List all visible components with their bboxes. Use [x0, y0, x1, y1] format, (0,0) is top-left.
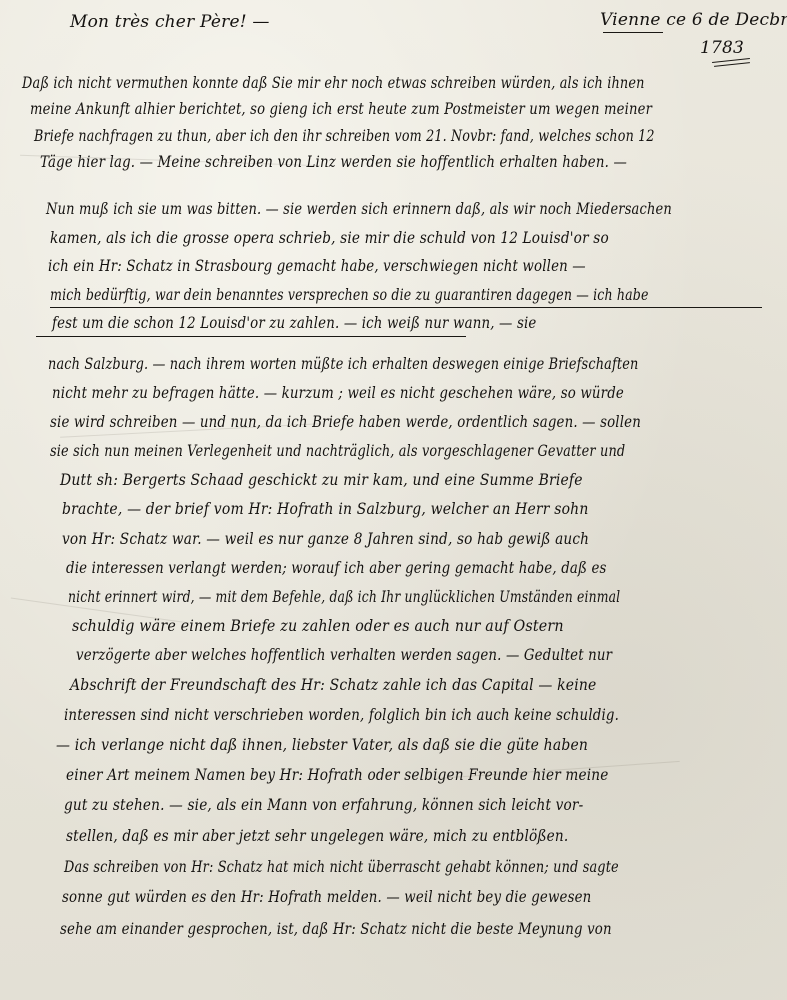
letter-line: Das schreiben von Hr: Schatz hat mich ni…: [64, 858, 619, 876]
date-underline: [603, 32, 663, 33]
letter-line: nach Salzburg. — nach ihrem worten müßte…: [48, 355, 638, 373]
letter-line: — ich verlange nicht daß ihnen, liebster…: [56, 736, 588, 754]
letter-line: kamen, als ich die grosse opera schrieb,…: [50, 229, 609, 247]
letter-line: die interessen verlangt werden; worauf i…: [66, 559, 607, 577]
manuscript-page: Mon très cher Père! — Vienne ce 6 de Dec…: [0, 0, 787, 1000]
text-underline: [50, 307, 762, 308]
letter-line: brachte, — der brief vom Hr: Hofrath in …: [62, 500, 589, 518]
letter-line: Dutt sh: Bergerts Schaad geschickt zu mi…: [60, 471, 583, 489]
letter-line: ich ein Hr: Schatz in Strasbourg gemacht…: [48, 257, 586, 275]
letter-line: Nun muß ich sie um was bitten. — sie wer…: [46, 200, 672, 218]
letter-line: meine Ankunft alhier berichtet, so gieng…: [30, 100, 652, 118]
letter-line: nicht mehr zu befragen hätte. — kurzum ;…: [52, 384, 624, 402]
letter-place-date: Vienne ce 6 de Decbr: [600, 10, 787, 30]
letter-line: von Hr: Schatz war. — weil es nur ganze …: [62, 530, 589, 548]
year-underline-2: [714, 62, 750, 67]
letter-line: nicht erinnert wird, — mit dem Befehle, …: [68, 588, 620, 606]
letter-line-underlined: fest um die schon 12 Louisd'or zu zahlen…: [52, 314, 536, 332]
letter-line: Abschrift der Freundschaft des Hr: Schat…: [70, 676, 596, 694]
letter-line: gut zu stehen. — sie, als ein Mann von e…: [64, 796, 583, 814]
letter-line: sonne gut würden es den Hr: Hofrath meld…: [62, 888, 591, 906]
letter-salutation: Mon très cher Père! —: [70, 12, 270, 32]
letter-line: interessen sind nicht verschrieben worde…: [64, 706, 619, 724]
letter-line: Briefe nachfragen zu thun, aber ich den …: [34, 127, 655, 145]
text-underline: [36, 336, 466, 337]
letter-line: einer Art meinem Namen bey Hr: Hofrath o…: [66, 766, 609, 784]
letter-line: verzögerte aber welches hoffentlich verh…: [76, 646, 612, 664]
letter-year: 1783: [700, 38, 744, 58]
letter-line: sie sich nun meinen Verlegenheit und nac…: [50, 442, 625, 460]
letter-line-underlined: mich bedürftig, war dein benanntes versp…: [50, 286, 649, 304]
letter-line: Daß ich nicht vermuthen konnte daß Sie m…: [22, 74, 645, 92]
letter-line: Täge hier lag. — Meine schreiben von Lin…: [40, 153, 627, 171]
letter-line: stellen, daß es mir aber jetzt sehr unge…: [66, 827, 568, 845]
letter-line: sehe am einander gesprochen, ist, daß Hr…: [60, 920, 612, 938]
letter-line: sie wird schreiben — und nun, da ich Bri…: [50, 413, 641, 431]
letter-line: schuldig wäre einem Briefe zu zahlen ode…: [72, 617, 564, 635]
